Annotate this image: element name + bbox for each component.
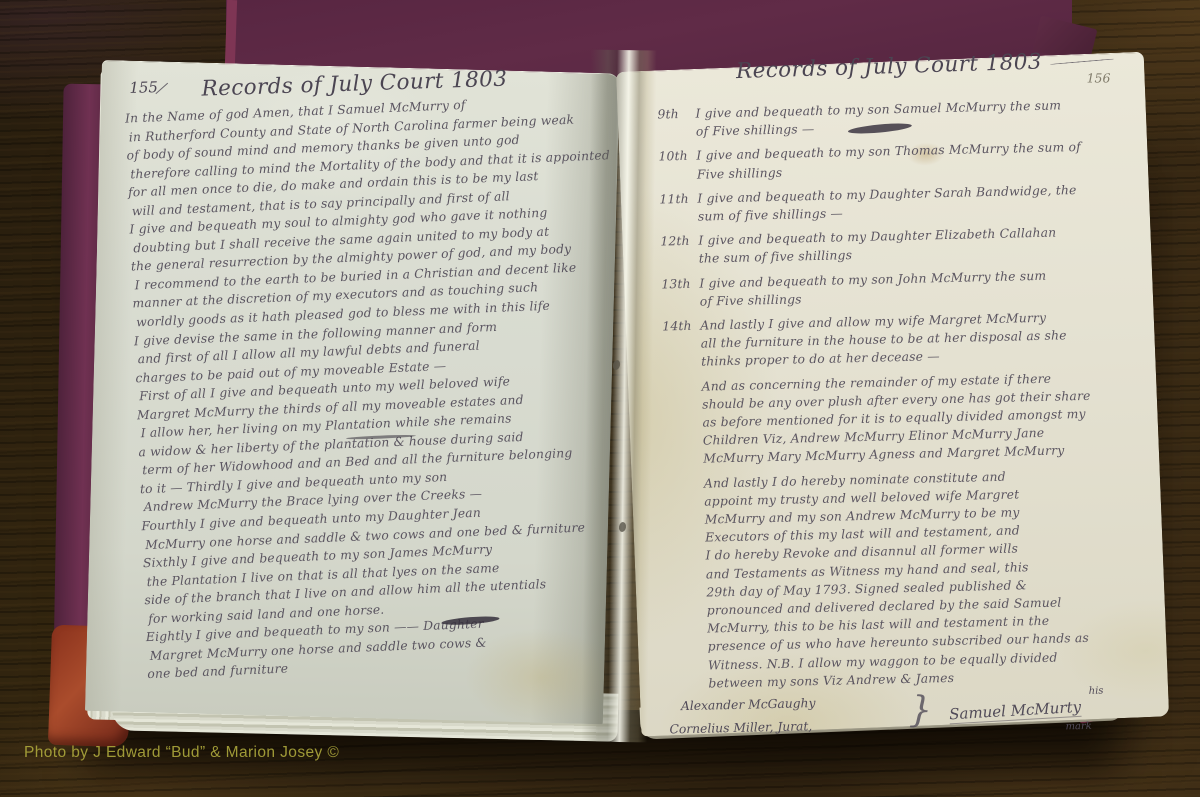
signature-note-mark: mark <box>1065 721 1092 733</box>
item-number: 9th <box>657 105 679 124</box>
left-page: 155 Records of July Court 1803 In the Na… <box>85 60 620 724</box>
witness-signature: Cornelius Miller, Jurat, <box>669 719 812 736</box>
signature-block: Alexander McGaughy Cornelius Miller, Jur… <box>665 687 1142 756</box>
brace-glyph: } <box>909 689 933 731</box>
photo-of-record-book: 155 Records of July Court 1803 In the Na… <box>0 0 1200 797</box>
right-page-number: 156 <box>1087 70 1111 85</box>
photographer-watermark: Photo by J Edward “Bud” & Marion Josey © <box>24 744 339 762</box>
right-page-text: 9thI give and bequeath to my son Samuel … <box>651 95 1142 756</box>
item-number: 12th <box>660 232 690 251</box>
item-number: 10th <box>658 147 688 166</box>
left-page-number: 155 <box>129 78 172 97</box>
right-page: Records of July Court 1803 156 9thI give… <box>616 52 1169 737</box>
left-page-text: In the Name of god Amen, that I Samuel M… <box>125 91 620 684</box>
testator-signature: Samuel McMurty <box>949 698 1082 725</box>
signature-note-his: his <box>1089 686 1104 697</box>
item-number: 13th <box>661 274 691 293</box>
item-number: 14th <box>662 317 692 336</box>
item-number: 11th <box>659 190 689 209</box>
witness-signature: Alexander McGaughy <box>681 696 816 713</box>
